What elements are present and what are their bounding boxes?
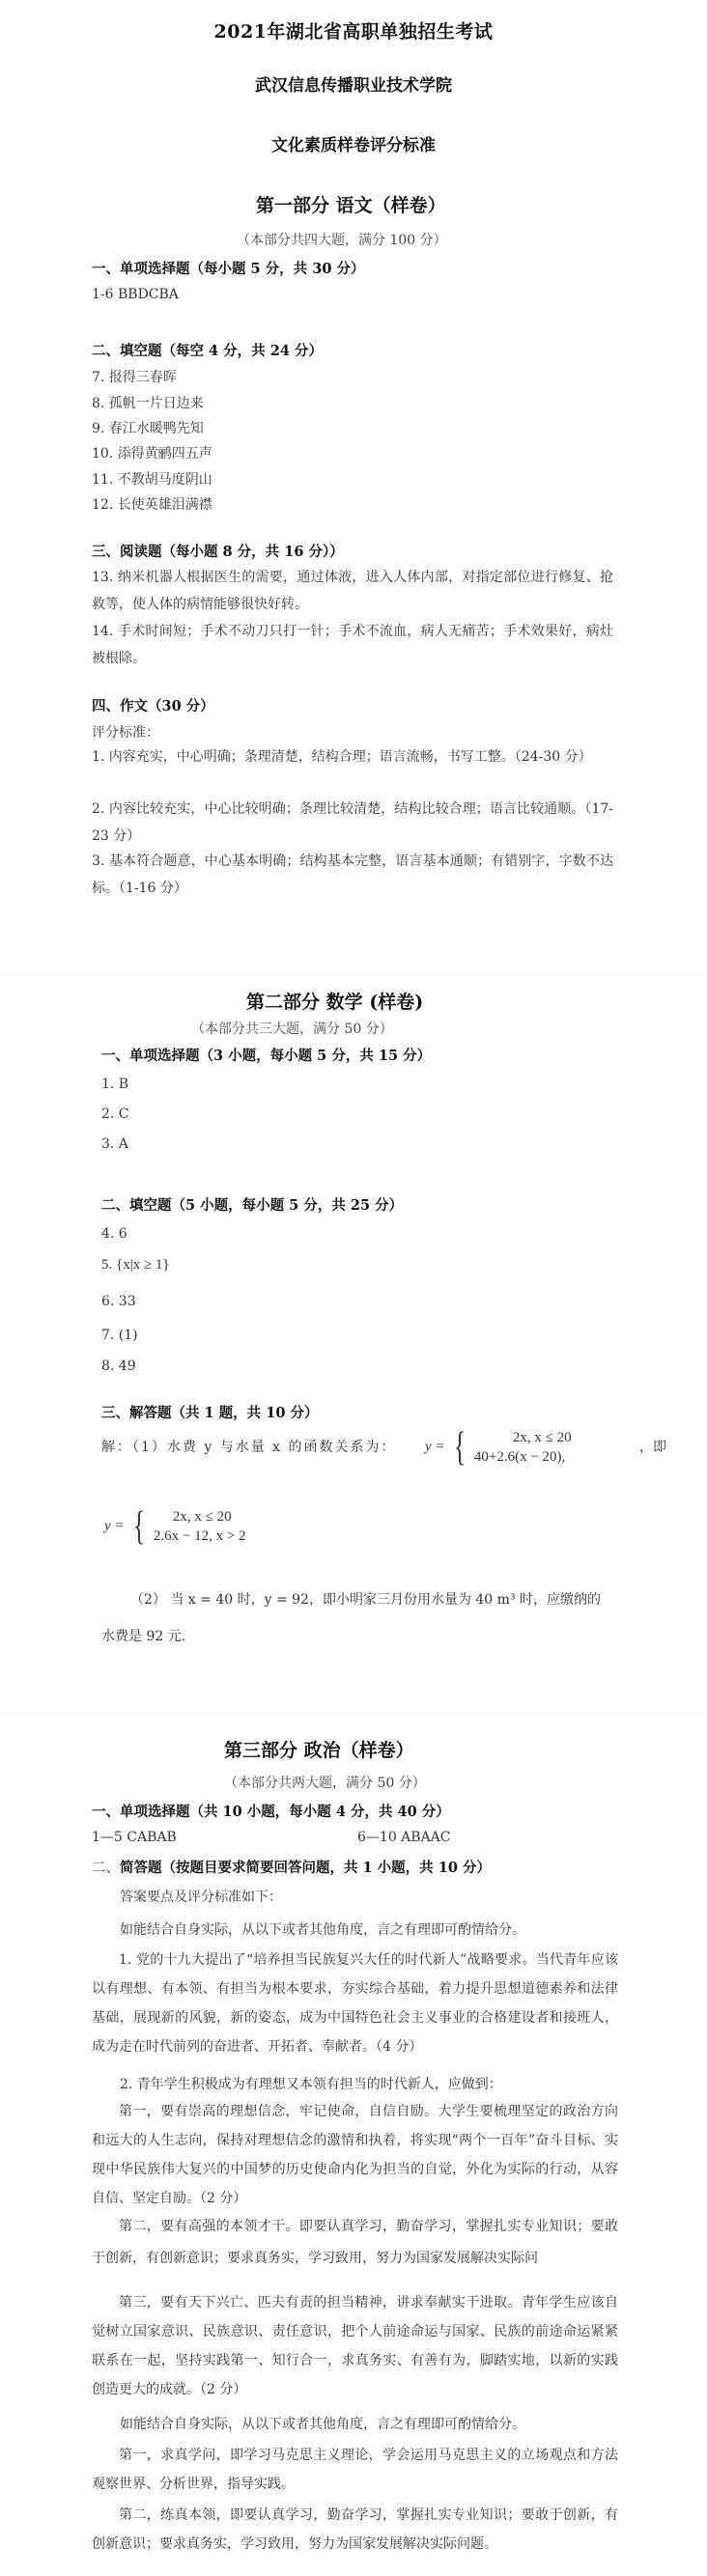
page-break <box>0 1713 707 1715</box>
fill-item: 10. 添得黄鹂四五声 <box>92 443 212 462</box>
part1-sec3-heading: 三、阅读题（每小题 8 分，共 16 分）） <box>92 541 344 561</box>
answer-point-2-third: 第三，要有天下兴亡、匹夫有责的担当精神，讲求奉献实干进取。青年学生应该自觉树立国… <box>92 2288 618 2404</box>
choice-answer: 2. C <box>101 1106 129 1122</box>
fill-answer: 4. 6 <box>101 1226 127 1242</box>
case-2: 2.6x − 12, x > 2 <box>154 1526 246 1546</box>
school-name: 武汉信息传播职业技术学院 <box>0 71 707 96</box>
choice-answer: 3. A <box>101 1136 128 1152</box>
fill-answer-set: 5. {x|x ≥ 1} <box>101 1257 170 1274</box>
answer-extra-first: 第一，求真学问，即学习马克思主义理论，学会运用马克思主义的立场观点和方法观察世界… <box>92 2441 618 2499</box>
part1-sec1-answer: 1-6 BBDCBA <box>92 287 179 302</box>
criteria-item: 2. 内容比较充实，中心比较明确；条理比较清楚，结构比较合理；语言比较通顺。（1… <box>92 796 613 850</box>
case-1: 2x, x ≤ 20 <box>474 1428 572 1447</box>
left-brace: { <box>454 1427 466 1468</box>
answer-point-2-intro: 2. 青年学生积极成为有理想又本领有担当的时代新人，应做到： <box>120 2074 502 2093</box>
fill-item: 11. 不教胡马度阴山 <box>92 469 212 489</box>
part1-note: （本部分共四大题，满分 100 分） <box>237 230 447 249</box>
left-brace: { <box>133 1506 145 1547</box>
piecewise-function-2: y = { 2x, x ≤ 20 2.6x − 12, x > 2 <box>104 1506 246 1547</box>
part1-sec1-heading: 一、单项选择题（每小题 5 分，共 30 分） <box>92 258 364 278</box>
grading-hint-2: 如能结合自身实际，从以下或者其他角度，言之有理即可酌情给分。 <box>120 2414 525 2433</box>
grading-intro: 答案要点及评分标准如下： <box>120 1887 282 1906</box>
fill-answer: 7. (1) <box>101 1328 138 1343</box>
equation-lhs: y = <box>425 1440 445 1455</box>
criteria-item: 3. 基本符合题意，中心基本明确；结构基本完整，语言基本通顺；有错别字，字数不达… <box>92 848 613 902</box>
part3-sec1-heading: 一、单项选择题（共 10 小题，每小题 4 分，共 40 分） <box>92 1801 450 1821</box>
cases: 2x, x ≤ 20 40+2.6(x − 20), <box>474 1428 572 1467</box>
choice-answers-6-10: 6—10 ABAAC <box>357 1830 451 1845</box>
case-1: 2x, x ≤ 20 <box>154 1507 246 1526</box>
part2-sec3-heading: 三、解答题（共 1 题，共 10 分） <box>101 1402 318 1422</box>
fill-item: 8. 孤帆一片日边来 <box>92 393 204 412</box>
fill-answer: 6. 33 <box>101 1294 136 1309</box>
part3-sec2-heading: 二、简答题（按题目要求简要回答问题，共 1 小题，共 10 分） <box>92 1857 491 1877</box>
solution-part2-line2: 水费是 92 元. <box>101 1626 185 1645</box>
equation-lhs: y = <box>104 1519 125 1534</box>
solution-part1-text: 解：（1）水费 y 与水量 x 的函数关系为： <box>101 1437 397 1456</box>
part3-note: （本部分共两大题，满分 50 分） <box>224 1773 426 1792</box>
fill-item: 9. 春江水暖鸭先知 <box>92 418 204 437</box>
fill-answer: 8. 49 <box>101 1358 136 1374</box>
document-subtitle: 文化素质样卷评分标准 <box>0 131 707 155</box>
part2-sec2-heading: 二、填空题（5 小题，每小题 5 分，共 25 分） <box>101 1194 403 1215</box>
cases: 2x, x ≤ 20 2.6x − 12, x > 2 <box>154 1507 246 1546</box>
answer-point-2-second: 第二，要有高强的本领才干。即要认真学习，勤奋学习，掌握扎实专业知识；要敢于创新，… <box>92 2211 618 2275</box>
fill-item: 7. 报得三春晖 <box>92 367 177 386</box>
part2-note: （本部分共三大题，满分 50 分） <box>191 1019 393 1038</box>
document-title: 2021年湖北省高职单独招生考试 <box>0 17 707 43</box>
answer-point-1: 1. 党的十九大提出了“培养担当民族复兴大任的时代新人”战略要求。当代青年应该以… <box>92 1946 618 2061</box>
part2-title: 第二部分 数学 (样卷) <box>246 988 423 1014</box>
reading-answer: 13. 纳米机器人根据医生的需要，通过体液，进入人体内部，对指定部位进行修复、抢… <box>92 564 613 618</box>
fill-item: 12. 长使英雄泪满襟 <box>92 494 212 514</box>
solution-connector: ，即 <box>639 1437 666 1456</box>
part1-sec4-heading: 四、作文（30 分） <box>92 695 214 715</box>
answer-extra-second: 第二，练真本领，即要认真学习，勤奋学习，掌握扎实专业知识；要敢于创新，有创新意识… <box>92 2501 618 2559</box>
solution-part2-line1: （2） 当 x = 40 时，y = 92，即小明家三月份用水量为 40 m³ … <box>130 1589 601 1609</box>
criteria-label: 评分标准： <box>92 722 159 742</box>
choice-answer: 1. B <box>101 1077 128 1092</box>
criteria-item: 1. 内容充实，中心明确；条理清楚，结构合理；语言流畅，书写工整。（24-30 … <box>92 743 613 770</box>
reading-answer: 14. 手术时间短；手术不动刀只打一针；手术不流血，病人无痛苦；手术效果好，病灶… <box>92 618 613 672</box>
part3-title: 第三部分 政治（样卷） <box>224 1736 414 1762</box>
part1-title: 第一部分 语文（样卷） <box>256 191 446 217</box>
part1-sec2-heading: 二、填空题（每空 4 分，共 24 分） <box>92 340 323 360</box>
piecewise-function-1: y = { 2x, x ≤ 20 40+2.6(x − 20), <box>425 1427 572 1468</box>
part2-sec1-heading: 一、单项选择题（3 小题，每小题 5 分，共 15 分） <box>101 1045 431 1065</box>
grading-hint: 如能结合自身实际，从以下或者其他角度，言之有理即可酌情给分。 <box>120 1919 525 1939</box>
case-2: 40+2.6(x − 20), <box>474 1447 572 1467</box>
choice-answers-1-5: 1—5 CABAB <box>92 1830 177 1845</box>
answer-point-2-first: 第一，要有崇高的理想信念，牢记使命，自信自励。大学生要梳理坚定的政治方向和远大的… <box>92 2097 618 2213</box>
page-break <box>0 973 707 975</box>
